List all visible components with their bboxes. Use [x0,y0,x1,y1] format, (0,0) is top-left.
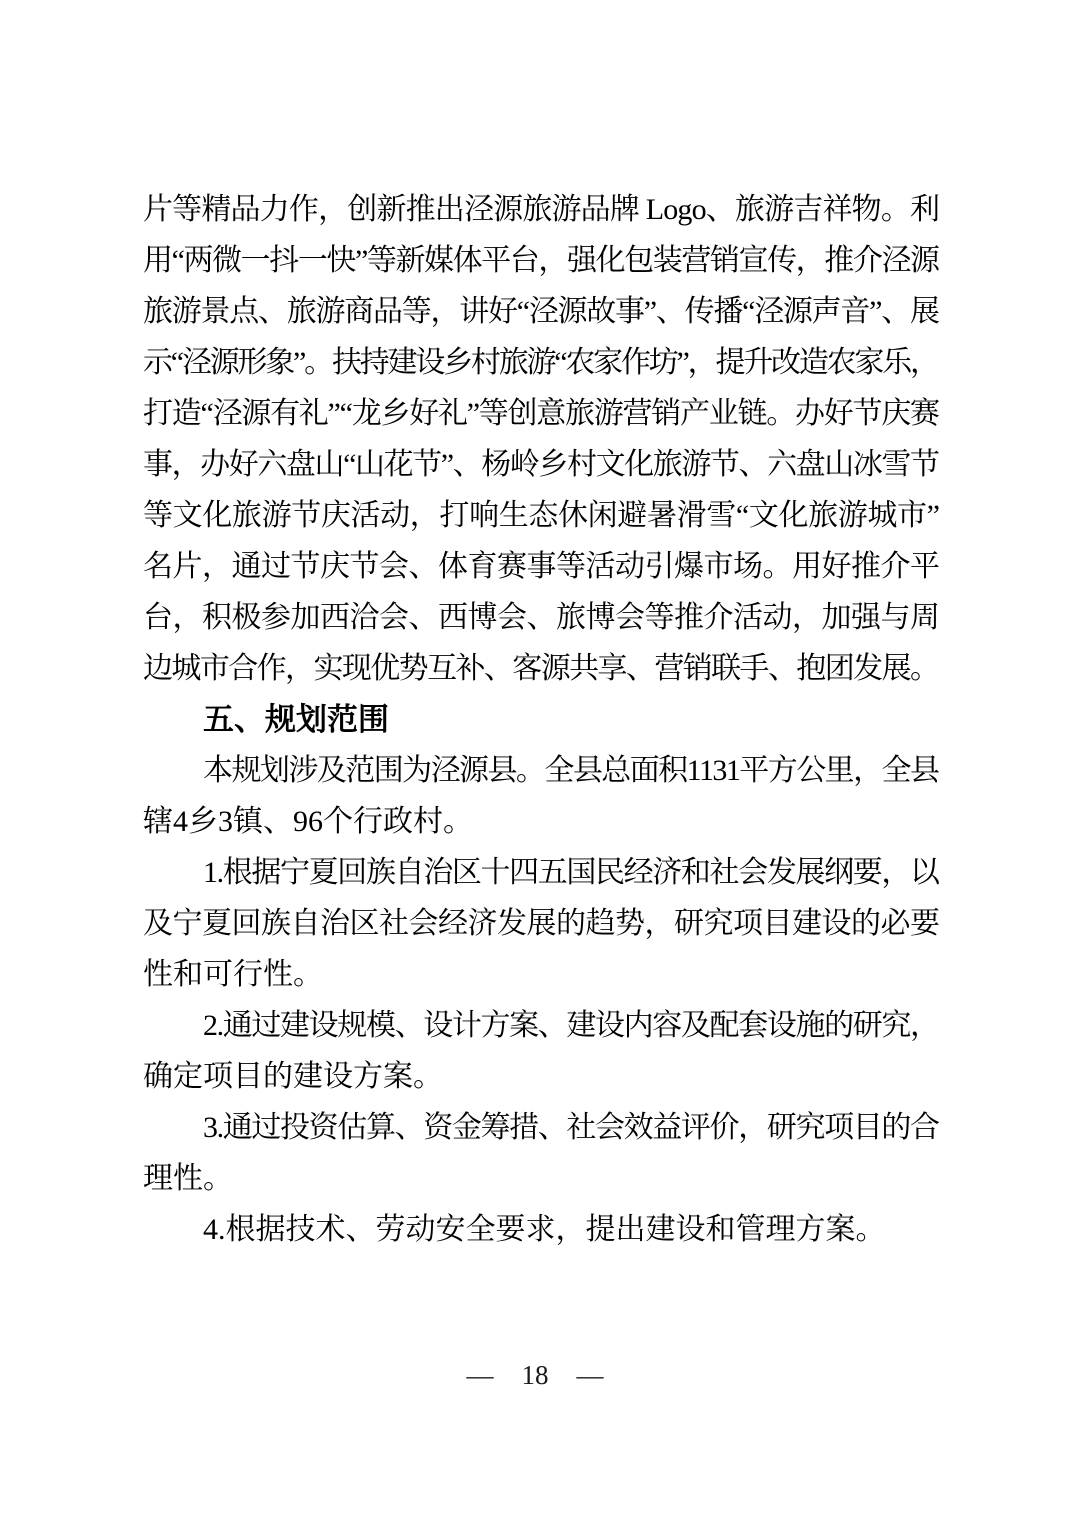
text-line-content: 本规划涉及范围为泾源县。全县总面积1131平方公里，全县 [203,745,938,796]
text-line-content: 2.通过建设规模、设计方案、建设内容及配套设施的研究， [203,1000,939,1051]
text-line: 旅游景点、旅游商品等，讲好“泾源故事”、传播“泾源声音”、展 [143,286,940,337]
text-line-content: 1.根据宁夏回族自治区十四五国民经济和社会发展纲要，以 [203,847,939,898]
section-heading: 五、规划范围 [143,694,940,745]
text-line: 等文化旅游节庆活动，打响生态休闲避暑滑雪“文化旅游城市” [143,490,940,541]
text-line-content: 理性。 [143,1153,233,1204]
text-line: 用“两微一抖一快”等新媒体平台，强化包装营销宣传，推介泾源 [143,235,940,286]
text-line: 边城市合作，实现优势互补、客源共享、营销联手、抱团发展。 [143,643,940,694]
text-line-content: 打造“泾源有礼”“龙乡好礼”等创意旅游营销产业链。办好节庆赛 [143,388,939,439]
text-line-content: 名片，通过节庆节会、体育赛事等活动引爆市场。用好推介平 [143,541,940,592]
document-page: 片等精品力作，创新推出泾源旅游品牌 Logo、旅游吉祥物。利用“两微一抖一快”等… [0,0,1070,1515]
text-line-content: 等文化旅游节庆活动，打响生态休闲避暑滑雪“文化旅游城市” [143,490,940,541]
text-line: 3.通过投资估算、资金筹措、社会效益评价，研究项目的合 [143,1102,940,1153]
text-line: 确定项目的建设方案。 [143,1051,940,1102]
text-line-content: 五、规划范围 [203,694,389,745]
text-line-content: 及宁夏回族自治区社会经济发展的趋势，研究项目建设的必要 [143,898,940,949]
footer-dash-right: — [577,1360,604,1391]
footer-page-number: 18 [522,1360,549,1391]
text-line: 片等精品力作，创新推出泾源旅游品牌 Logo、旅游吉祥物。利 [143,184,940,235]
text-line: 及宁夏回族自治区社会经济发展的趋势，研究项目建设的必要 [143,898,940,949]
text-line: 2.通过建设规模、设计方案、建设内容及配套设施的研究， [143,1000,940,1051]
text-line: 名片，通过节庆节会、体育赛事等活动引爆市场。用好推介平 [143,541,940,592]
text-line-content: 边城市合作，实现优势互补、客源共享、营销联手、抱团发展。 [143,643,938,694]
text-line: 示“泾源形象”。扶持建设乡村旅游“农家作坊”，提升改造农家乐， [143,337,940,388]
text-line: 1.根据宁夏回族自治区十四五国民经济和社会发展纲要，以 [143,847,940,898]
text-line: 事，办好六盘山“山花节”、杨岭乡村文化旅游节、六盘山冰雪节 [143,439,940,490]
text-line-content: 台，积极参加西洽会、西博会、旅博会等推介活动，加强与周 [143,592,940,643]
text-line-content: 4.根据技术、劳动安全要求，提出建设和管理方案。 [203,1204,886,1255]
text-line: 台，积极参加西洽会、西博会、旅博会等推介活动，加强与周 [143,592,940,643]
text-line-content: 用“两微一抖一快”等新媒体平台，强化包装营销宣传，推介泾源 [143,235,939,286]
footer-dash-left: — [467,1360,494,1391]
document-body: 片等精品力作，创新推出泾源旅游品牌 Logo、旅游吉祥物。利用“两微一抖一快”等… [143,184,940,1255]
text-line-content: 辖4乡3镇、96个行政村。 [143,796,473,847]
page-footer: — 18 — [0,1360,1070,1391]
text-line-content: 旅游景点、旅游商品等，讲好“泾源故事”、传播“泾源声音”、展 [143,286,939,337]
text-line-content: 事，办好六盘山“山花节”、杨岭乡村文化旅游节、六盘山冰雪节 [143,439,939,490]
text-line: 本规划涉及范围为泾源县。全县总面积1131平方公里，全县 [143,745,940,796]
text-line: 性和可行性。 [143,949,940,1000]
text-line-content: 示“泾源形象”。扶持建设乡村旅游“农家作坊”，提升改造农家乐， [143,337,938,388]
text-line: 理性。 [143,1153,940,1204]
text-line-content: 3.通过投资估算、资金筹措、社会效益评价，研究项目的合 [203,1102,939,1153]
text-line-content: 确定项目的建设方案。 [143,1051,443,1102]
text-line: 4.根据技术、劳动安全要求，提出建设和管理方案。 [143,1204,940,1255]
text-line-content: 性和可行性。 [143,949,323,1000]
text-line: 打造“泾源有礼”“龙乡好礼”等创意旅游营销产业链。办好节庆赛 [143,388,940,439]
text-line-content: 片等精品力作，创新推出泾源旅游品牌 Logo、旅游吉祥物。利 [143,184,939,235]
text-line: 辖4乡3镇、96个行政村。 [143,796,940,847]
